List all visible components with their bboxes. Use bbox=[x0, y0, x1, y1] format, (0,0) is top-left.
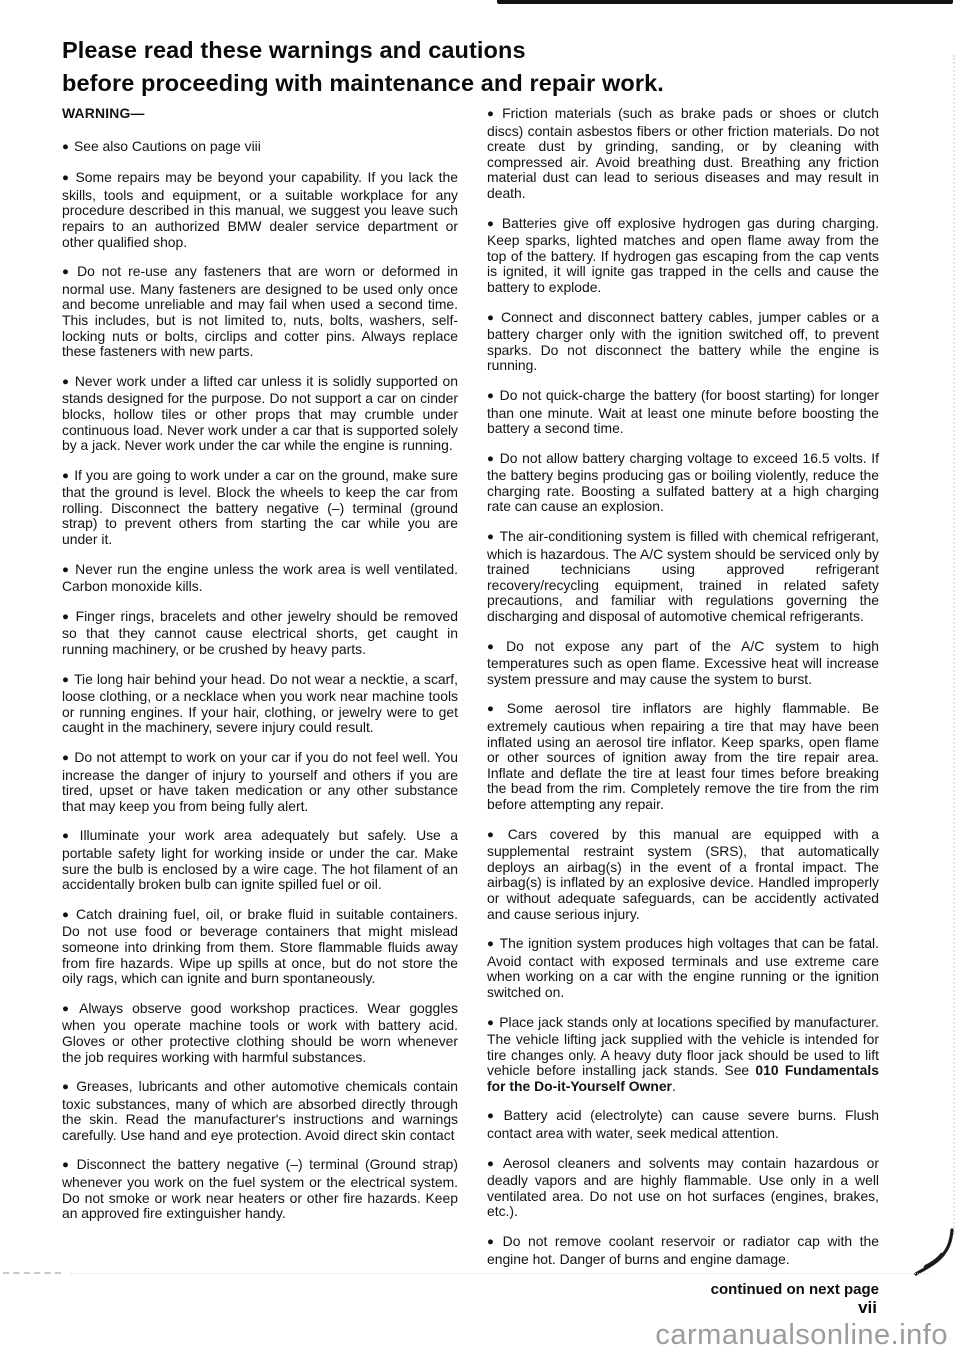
bullet-icon: ● bbox=[487, 703, 507, 715]
bullet-icon: ● bbox=[62, 674, 74, 686]
page-edge-line bbox=[953, 55, 955, 1235]
bullet-icon: ● bbox=[62, 141, 74, 153]
bullet-icon: ● bbox=[487, 829, 508, 841]
warning-item: ●Illuminate your work area adequately bu… bbox=[62, 828, 458, 892]
warning-text: Friction materials (such as brake pads o… bbox=[487, 105, 879, 201]
warning-text: Greases, lubricants and other automotive… bbox=[62, 1078, 458, 1143]
bullet-icon: ● bbox=[62, 1003, 79, 1015]
warning-text: See also Cautions on page viii bbox=[74, 138, 261, 154]
warnings-column-right: ●Friction materials (such as brake pads … bbox=[487, 106, 879, 1317]
warning-item: ●Tie long hair behind your head. Do not … bbox=[62, 672, 458, 736]
bullet-icon: ● bbox=[62, 752, 74, 764]
bullet-icon: ● bbox=[487, 1110, 504, 1122]
warning-text: . bbox=[672, 1078, 676, 1094]
warning-text: Do not re-use any fasteners that are wor… bbox=[62, 263, 458, 359]
warning-text: Never work under a lifted car unless it … bbox=[62, 373, 458, 453]
bullet-icon: ● bbox=[487, 641, 506, 653]
warning-text: The ignition system produces high voltag… bbox=[487, 935, 879, 1000]
bullet-icon: ● bbox=[487, 453, 500, 465]
warning-text: Do not quick-charge the battery (for boo… bbox=[487, 387, 879, 436]
warning-item: ●Batteries give off explosive hydrogen g… bbox=[487, 216, 879, 296]
warning-item: ●Place jack stands only at locations spe… bbox=[487, 1015, 879, 1095]
scan-artifact-dashes bbox=[3, 1272, 61, 1274]
bullet-icon: ● bbox=[487, 1236, 503, 1248]
warning-text: Do not remove coolant reservoir or radia… bbox=[487, 1233, 879, 1267]
warning-text: If you are going to work under a car on … bbox=[62, 467, 458, 547]
warning-item: ●Do not re-use any fasteners that are wo… bbox=[62, 264, 458, 360]
bullet-icon: ● bbox=[487, 938, 500, 950]
scan-artifact-dots bbox=[70, 1273, 930, 1274]
warning-item: ●Do not quick-charge the battery (for bo… bbox=[487, 388, 879, 437]
bullet-icon: ● bbox=[62, 611, 76, 623]
page-title-line1: Please read these warnings and cautions bbox=[62, 34, 822, 67]
warning-item: ●Always observe good workshop practices.… bbox=[62, 1001, 458, 1065]
bullet-icon: ● bbox=[487, 390, 500, 402]
warning-text: Cars covered by this manual are equipped… bbox=[487, 826, 879, 922]
warning-text: Some repairs may be beyond your capabili… bbox=[62, 169, 458, 249]
bullet-icon: ● bbox=[487, 108, 502, 120]
bullet-icon: ● bbox=[62, 376, 75, 388]
warning-item: ●Connect and disconnect battery cables, … bbox=[487, 310, 879, 374]
warning-item: ●See also Cautions on page viii bbox=[62, 139, 458, 157]
warning-item: ●The air-conditioning system is filled w… bbox=[487, 529, 879, 625]
warning-item: ●Never run the engine unless the work ar… bbox=[62, 562, 458, 595]
bullet-icon: ● bbox=[62, 470, 74, 482]
page-number: vii bbox=[487, 1298, 879, 1317]
warning-item: ●Do not attempt to work on your car if y… bbox=[62, 750, 458, 814]
warning-item: ●Some aerosol tire inflators are highly … bbox=[487, 701, 879, 812]
page-title: Please read these warnings and cautions … bbox=[62, 34, 822, 100]
warning-text: Do not attempt to work on your car if yo… bbox=[62, 749, 458, 814]
warning-item: ●Friction materials (such as brake pads … bbox=[487, 106, 879, 202]
bullet-icon: ● bbox=[487, 218, 502, 230]
warning-item: ●Do not expose any part of the A/C syste… bbox=[487, 639, 879, 688]
warning-text: Batteries give off explosive hydrogen ga… bbox=[487, 215, 879, 295]
bullet-icon: ● bbox=[487, 531, 500, 543]
watermark: carmanualsonline.info bbox=[655, 1319, 948, 1352]
warning-text-bold: WARNING— bbox=[62, 105, 145, 121]
warning-text: Do not expose any part of the A/C system… bbox=[487, 638, 879, 687]
bullet-icon: ● bbox=[487, 1017, 499, 1029]
warning-item: ●Cars covered by this manual are equippe… bbox=[487, 827, 879, 923]
warning-text: Finger rings, bracelets and other jewelr… bbox=[62, 608, 458, 657]
page-title-line2: before proceeding with maintenance and r… bbox=[62, 67, 822, 100]
bullet-icon: ● bbox=[62, 909, 76, 921]
warning-text: Never run the engine unless the work are… bbox=[62, 561, 458, 595]
warning-text: Disconnect the battery negative (–) term… bbox=[62, 1156, 458, 1221]
warning-text: Do not allow battery charging voltage to… bbox=[487, 450, 879, 515]
column-footer: continued on next page vii bbox=[487, 1281, 879, 1317]
bullet-icon: ● bbox=[62, 1159, 77, 1171]
warning-text: Connect and disconnect battery cables, j… bbox=[487, 309, 879, 374]
warning-text: Always observe good workshop practices. … bbox=[62, 1000, 458, 1065]
warning-text: Aerosol cleaners and solvents may contai… bbox=[487, 1155, 879, 1220]
warning-text: Battery acid (electrolyte) can cause sev… bbox=[487, 1107, 879, 1141]
warning-text: The air-conditioning system is filled wi… bbox=[487, 528, 879, 624]
warning-item: ●Never work under a lifted car unless it… bbox=[62, 374, 458, 454]
warning-item: ●Disconnect the battery negative (–) ter… bbox=[62, 1157, 458, 1221]
warning-item: ●Some repairs may be beyond your capabil… bbox=[62, 170, 458, 250]
warning-item: ●The ignition system produces high volta… bbox=[487, 936, 879, 1000]
warning-text: Some aerosol tire inflators are highly f… bbox=[487, 700, 879, 812]
top-rule bbox=[497, 0, 953, 4]
bullet-icon: ● bbox=[487, 312, 501, 324]
warning-item: ●Do not remove coolant reservoir or radi… bbox=[487, 1234, 879, 1267]
warning-item: ●If you are going to work under a car on… bbox=[62, 468, 458, 548]
manual-page: Please read these warnings and cautions … bbox=[0, 0, 960, 1357]
warning-item: ●Aerosol cleaners and solvents may conta… bbox=[487, 1156, 879, 1220]
bullet-icon: ● bbox=[62, 1081, 76, 1093]
warning-item: ●Catch draining fuel, oil, or brake flui… bbox=[62, 907, 458, 987]
warning-item: ●Battery acid (electrolyte) can cause se… bbox=[487, 1108, 879, 1141]
warning-text: Illuminate your work area adequately but… bbox=[62, 827, 458, 892]
continued-note: continued on next page bbox=[487, 1281, 879, 1298]
bullet-icon: ● bbox=[487, 1158, 503, 1170]
bullet-icon: ● bbox=[62, 172, 76, 184]
bullet-icon: ● bbox=[62, 266, 77, 278]
warning-item: ●Finger rings, bracelets and other jewel… bbox=[62, 609, 458, 658]
bullet-icon: ● bbox=[62, 830, 80, 842]
warning-heading: WARNING— bbox=[62, 106, 458, 122]
warning-text: Catch draining fuel, oil, or brake fluid… bbox=[62, 906, 458, 986]
bullet-icon: ● bbox=[62, 564, 75, 576]
warning-item: ●Greases, lubricants and other automotiv… bbox=[62, 1079, 458, 1143]
warning-text: Tie long hair behind your head. Do not w… bbox=[62, 671, 458, 736]
warning-item: ●Do not allow battery charging voltage t… bbox=[487, 451, 879, 515]
ink-mark bbox=[912, 1228, 960, 1292]
warnings-column-left: WARNING—●See also Cautions on page viii●… bbox=[62, 106, 458, 1236]
